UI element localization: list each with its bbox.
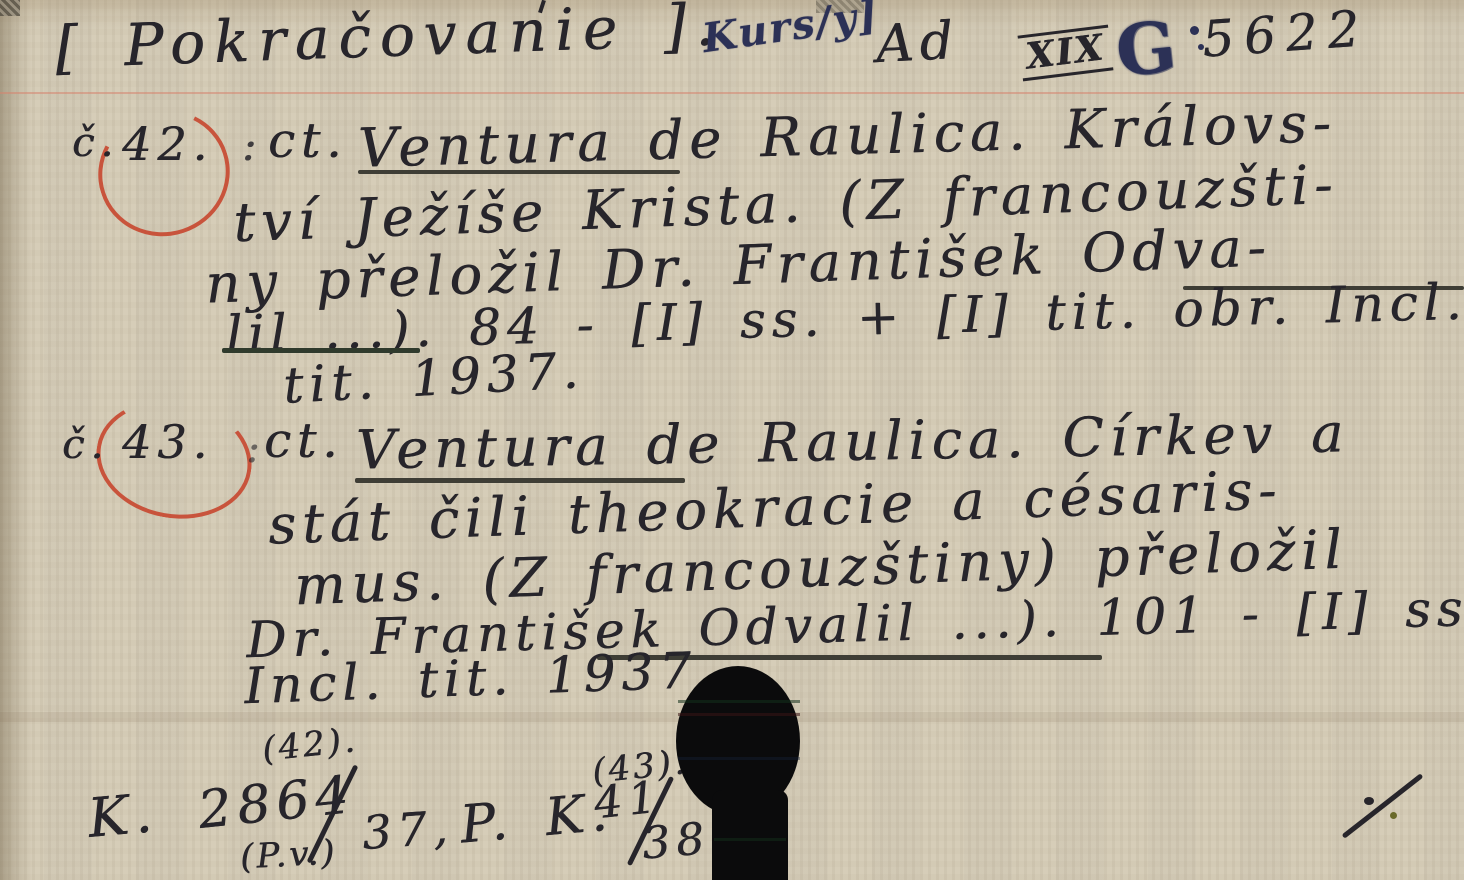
- scanline-streak: [714, 838, 786, 841]
- scan-corner-topleft: [0, 0, 20, 16]
- entry43-separator: :: [246, 428, 265, 470]
- corner-mark-stroke: [1342, 773, 1424, 839]
- hole-punch-stem: [712, 790, 788, 880]
- ad-label: Ad: [875, 14, 961, 73]
- letter-stamp: G: [1112, 9, 1185, 89]
- scanline-streak: [678, 757, 800, 760]
- entry43-abbr: ct.: [264, 416, 343, 466]
- stamp-ink-dot: [1190, 26, 1199, 35]
- volume-numeral: XIX: [1018, 25, 1114, 82]
- footer-ref42: (42).: [260, 723, 359, 768]
- footer-k-label: K.: [86, 785, 160, 848]
- corner-mark-dot-olive: [1390, 812, 1397, 819]
- entry42-line4-lead: lil: [225, 304, 292, 364]
- scanline-streak: [678, 713, 800, 716]
- entry43-number-prefix: č.: [62, 424, 109, 466]
- entry43-line5: Incl. tit. 1937.: [243, 644, 719, 713]
- catalog-card: [ Pokračovanie ]. Kurs/y] Ad XIX G 5622 …: [0, 0, 1464, 880]
- entry42-number-prefix: č.: [72, 122, 119, 164]
- footer-k-number: 2864: [196, 768, 357, 839]
- entry43-number: 43.: [122, 418, 213, 466]
- corner-mark-dot: [1364, 797, 1374, 805]
- scan-edge-left: [0, 0, 32, 880]
- continuation-note: [ Pokračovanie ].: [54, 0, 723, 79]
- footer-k-year: 37,: [360, 803, 454, 858]
- entry42-number: 42.: [122, 120, 213, 168]
- entry43-line4-author: Odvalil: [698, 594, 920, 658]
- entry42-separator: :: [242, 124, 262, 168]
- scanline-streak: [678, 700, 800, 703]
- underline-author-42: [358, 170, 680, 174]
- footer-pk-label: P. K.: [458, 785, 615, 853]
- entry42-line3-end: Odva-: [1081, 215, 1273, 285]
- entry42-line4-end: Incl.: [1325, 273, 1464, 335]
- entry42-abbr: ct.: [268, 116, 347, 166]
- kurs-annotation: Kurs/y]: [700, 0, 881, 60]
- shelf-number: 5622: [1200, 2, 1371, 66]
- footer-pv-note: (P.v.): [239, 835, 338, 876]
- entry42-line5: tit. 1937.: [282, 344, 585, 412]
- entry43-author: Ventura: [356, 414, 614, 481]
